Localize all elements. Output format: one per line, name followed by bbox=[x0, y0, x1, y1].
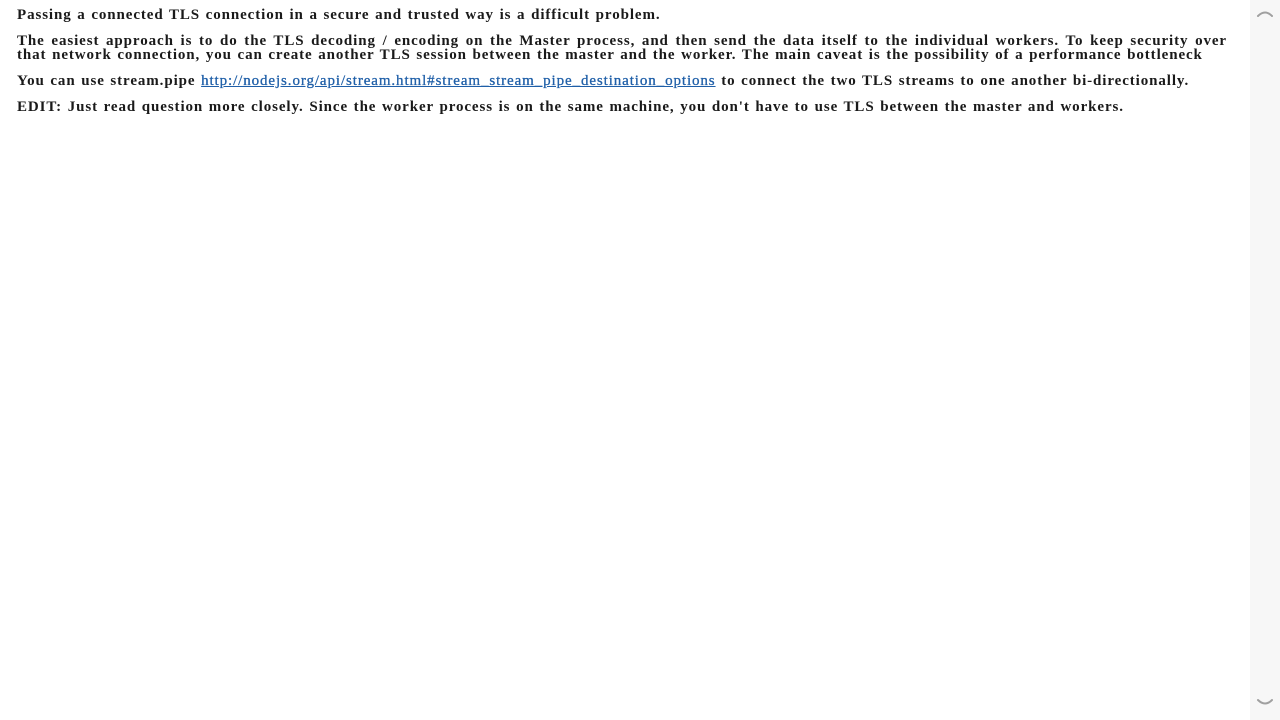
stream-pipe-text-before: You can use stream.pipe bbox=[17, 73, 201, 89]
paragraph-stream-pipe: You can use stream.pipe http://nodejs.or… bbox=[17, 75, 1227, 88]
chevron-up-icon bbox=[1256, 8, 1274, 18]
chevron-down-icon bbox=[1256, 698, 1274, 708]
scroll-up-button[interactable] bbox=[1256, 8, 1274, 18]
stream-pipe-text-after: to connect the two TLS streams to one an… bbox=[716, 73, 1190, 89]
paragraph-edit: EDIT: Just read question more closely. S… bbox=[17, 101, 1227, 114]
vertical-scrollbar[interactable] bbox=[1250, 0, 1280, 720]
nodejs-stream-pipe-link[interactable]: http://nodejs.org/api/stream.html#stream… bbox=[201, 73, 715, 89]
scroll-down-button[interactable] bbox=[1256, 698, 1274, 708]
answer-page: Passing a connected TLS connection in a … bbox=[0, 0, 1250, 720]
answer-body: Passing a connected TLS connection in a … bbox=[17, 9, 1227, 127]
paragraph-approach: The easiest approach is to do the TLS de… bbox=[17, 35, 1227, 62]
paragraph-intro: Passing a connected TLS connection in a … bbox=[17, 9, 1227, 22]
